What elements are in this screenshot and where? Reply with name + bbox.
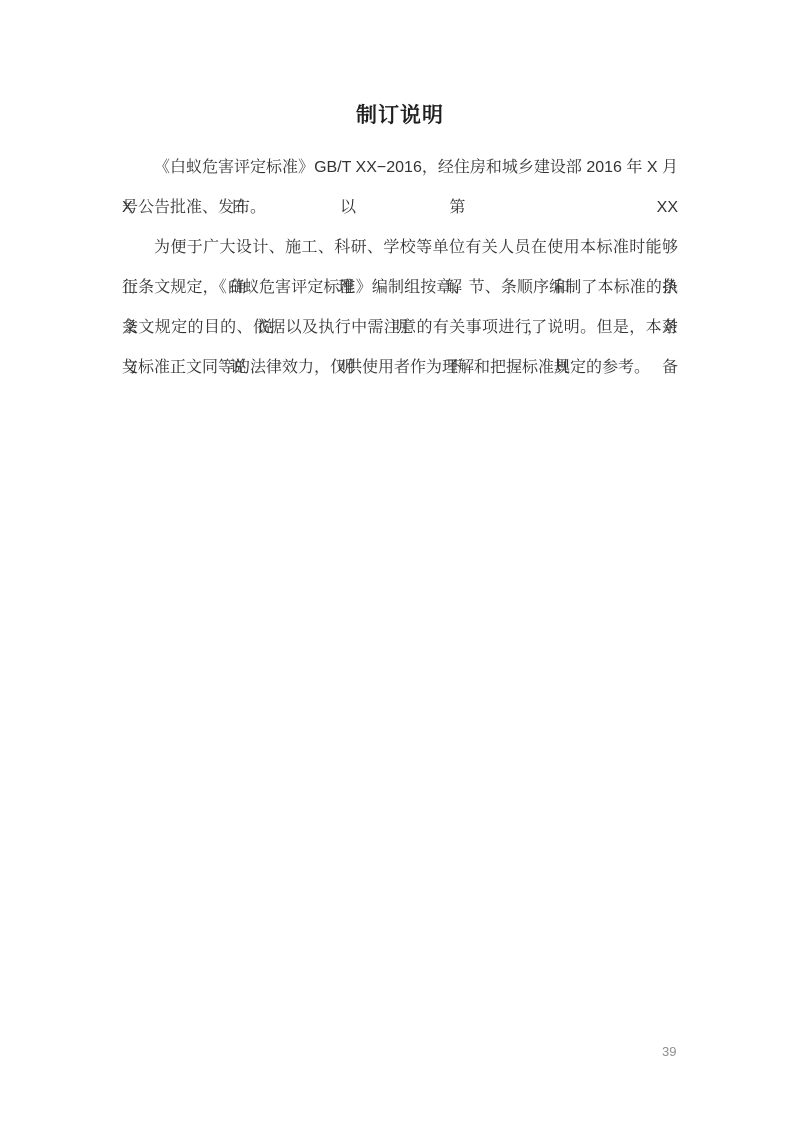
- paragraph-line: 为便于广大设计、施工、科研、学校等单位有关人员在使用本标准时能够正确理解和执: [122, 228, 678, 268]
- paragraph: 为便于广大设计、施工、科研、学校等单位有关人员在使用本标准时能够正确理解和执 行…: [122, 228, 678, 388]
- paragraph: 《白蚁危害评定标准》GB/T XX−2016，经住房和城乡建设部 2016 年 …: [122, 148, 678, 228]
- paragraph-line: 《白蚁危害评定标准》GB/T XX−2016，经住房和城乡建设部 2016 年 …: [122, 148, 678, 188]
- paragraph-line: 条文规定的目的、依据以及执行中需注意的有关事项进行了说明。但是，本条文说明不具备: [122, 308, 678, 348]
- document-body: 《白蚁危害评定标准》GB/T XX−2016，经住房和城乡建设部 2016 年 …: [122, 148, 678, 388]
- paragraph-line: 行条文规定，《白蚁危害评定标准》编制组按章、节、条顺序编制了本标准的条文说明，对: [122, 268, 678, 308]
- paragraph-line: 与标准正文同等的法律效力，仅供使用者作为理解和把握标准规定的参考。: [122, 348, 678, 388]
- page-number: 39: [662, 1044, 676, 1059]
- page-title: 制订说明: [0, 99, 800, 129]
- document-page: 制订说明 《白蚁危害评定标准》GB/T XX−2016，经住房和城乡建设部 20…: [0, 0, 800, 1130]
